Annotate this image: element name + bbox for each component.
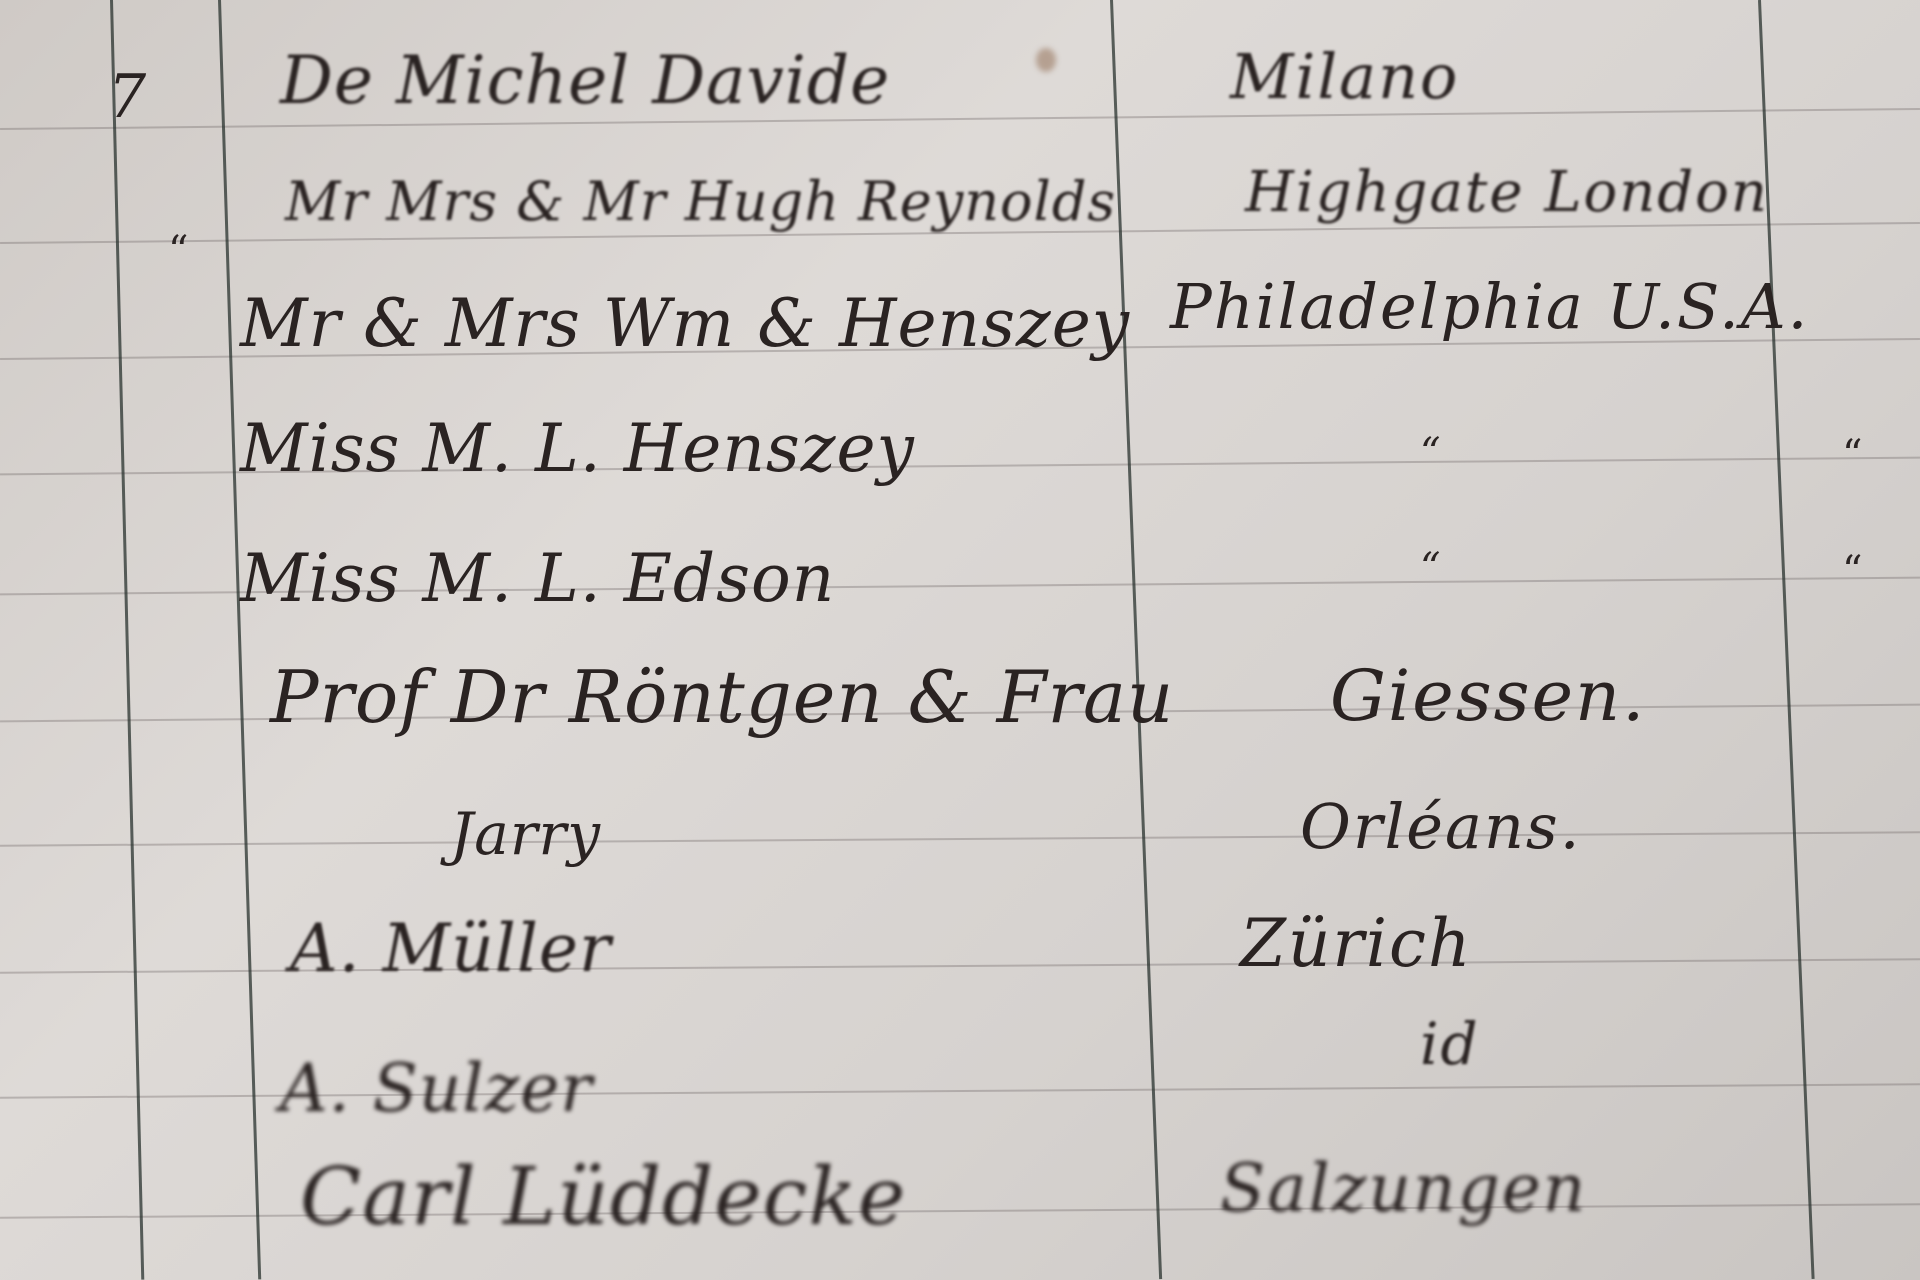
ditto-mark: “ — [1842, 548, 1862, 594]
guest-name: Jarry — [450, 800, 601, 868]
column-rule — [110, 0, 144, 1280]
register-page: 7 “ De Michel Davide Milano Mr Mrs & Mr … — [0, 0, 1920, 1280]
guest-name: A. Müller — [290, 910, 612, 987]
guest-place: id — [1420, 1010, 1480, 1078]
guest-place: Salzungen — [1220, 1150, 1587, 1227]
ditto-mark: “ — [1842, 432, 1862, 478]
guest-place: “ — [1420, 430, 1442, 476]
ruled-line — [0, 958, 1920, 973]
guest-place: Orléans. — [1300, 790, 1581, 863]
guest-place: Zürich — [1240, 905, 1473, 982]
guest-place: Highgate London — [1245, 160, 1769, 225]
guest-name: A. Sulzer — [280, 1050, 593, 1127]
guest-name: Mr & Mrs Wm & Henszey — [240, 285, 1130, 362]
ink-spot — [1036, 48, 1056, 72]
guest-name: Prof Dr Röntgen & Frau — [270, 655, 1174, 739]
guest-place: Philadelphia U.S.A. — [1170, 270, 1809, 343]
guest-name: De Michel Davide — [280, 42, 890, 119]
guest-name: Carl Lüddecke — [300, 1150, 906, 1243]
day-number: 7 — [108, 62, 146, 132]
guest-place: Milano — [1230, 40, 1459, 113]
column-rule — [1110, 0, 1162, 1279]
guest-name: Miss M. L. Edson — [240, 540, 835, 617]
guest-name: Miss M. L. Henszey — [240, 410, 915, 487]
ruled-line — [0, 1203, 1920, 1218]
guest-place: Giessen. — [1330, 655, 1646, 737]
guest-name: Mr Mrs & Mr Hugh Reynolds — [285, 170, 1116, 233]
column-rule — [218, 0, 261, 1279]
ruled-line — [0, 831, 1920, 846]
ditto-mark: “ — [168, 228, 188, 274]
guest-place: “ — [1420, 545, 1442, 591]
